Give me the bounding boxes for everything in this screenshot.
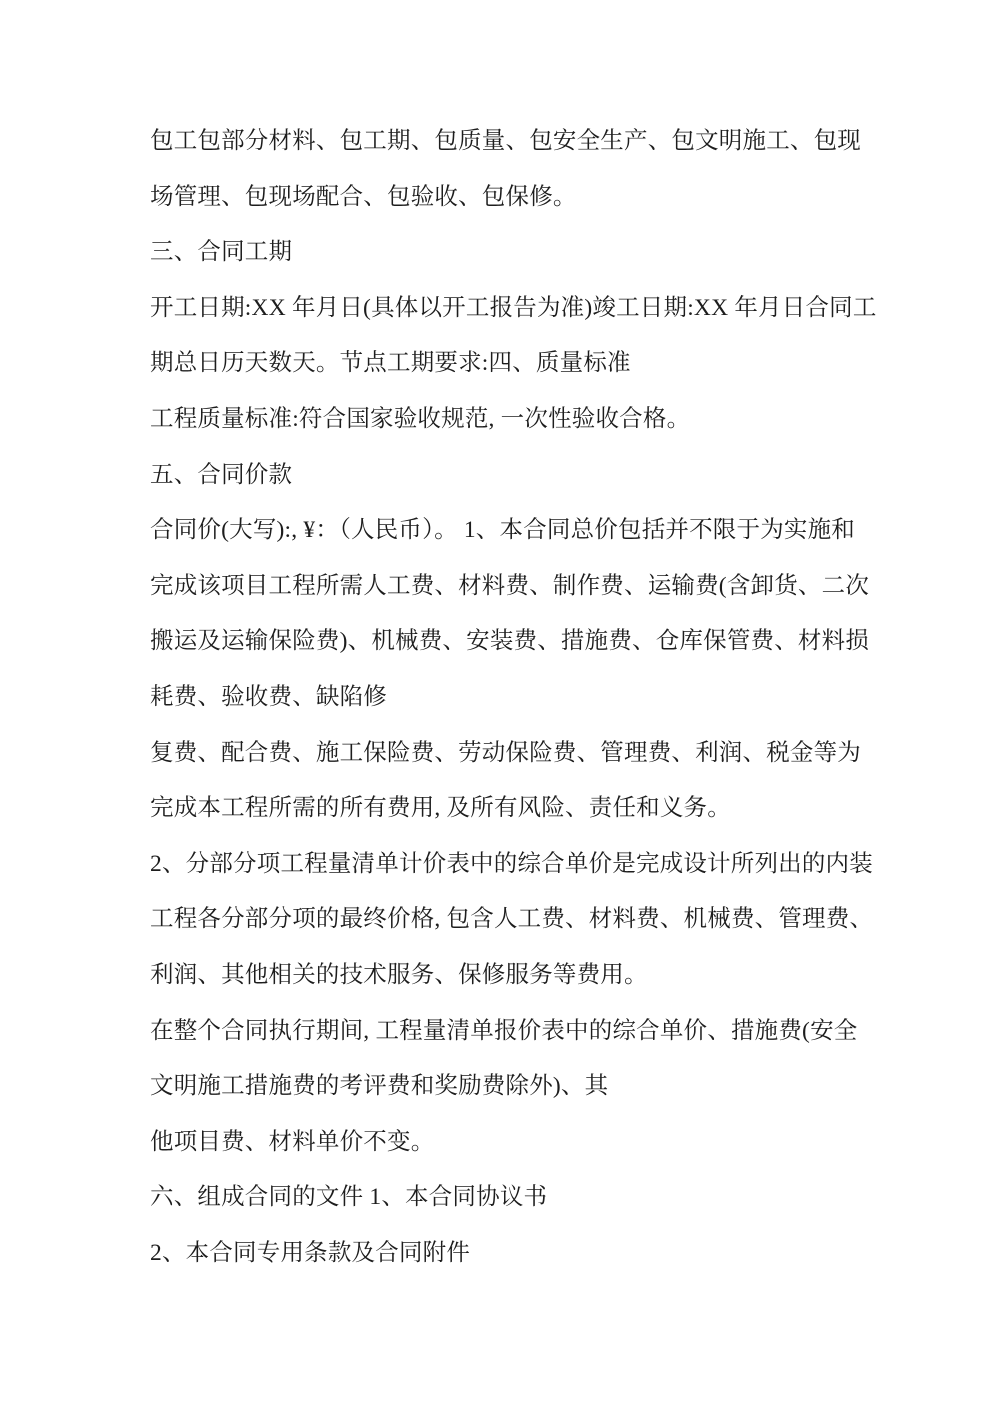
text-line: 利润、其他相关的技术服务、保修服务等费用。 [150, 948, 866, 1004]
paragraph-section-heading: 六、组成合同的文件 1、本合同协议书 [150, 1170, 866, 1226]
paragraph: 2、本合同专用条款及合同附件 [150, 1226, 866, 1282]
paragraph: 在整个合同执行期间, 工程量清单报价表中的综合单价、措施费(安全 文明施工措施费… [150, 1004, 866, 1115]
text-line: 他项目费、材料单价不变。 [150, 1115, 866, 1171]
text-line: 六、组成合同的文件 1、本合同协议书 [150, 1170, 866, 1226]
paragraph: 2、分部分项工程量清单计价表中的综合单价是完成设计所列出的内装 工程各分部分项的… [150, 837, 866, 1004]
text-line: 三、合同工期 [150, 225, 866, 281]
text-line: 2、本合同专用条款及合同附件 [150, 1226, 866, 1282]
text-line: 完成该项目工程所需人工费、材料费、制作费、运输费(含卸货、二次 [150, 559, 866, 615]
text-line: 期总日历天数天。节点工期要求:四、质量标准 [150, 336, 866, 392]
paragraph: 包工包部分材料、包工期、包质量、包安全生产、包文明施工、包现 场管理、包现场配合… [150, 114, 866, 225]
paragraph: 复费、配合费、施工保险费、劳动保险费、管理费、利润、税金等为 完成本工程所需的所… [150, 726, 866, 837]
paragraph-section-heading: 五、合同价款 [150, 448, 866, 504]
text-line: 在整个合同执行期间, 工程量清单报价表中的综合单价、措施费(安全 [150, 1004, 866, 1060]
text-line: 合同价(大写):, ¥：（人民币）。 1、本合同总价包括并不限于为实施和 [150, 503, 866, 559]
text-line: 场管理、包现场配合、包验收、包保修。 [150, 170, 866, 226]
text-line: 工程质量标准:符合国家验收规范, 一次性验收合格。 [150, 392, 866, 448]
text-line: 完成本工程所需的所有费用, 及所有风险、责任和义务。 [150, 781, 866, 837]
paragraph: 他项目费、材料单价不变。 [150, 1115, 866, 1171]
text-line: 搬运及运输保险费)、机械费、安装费、措施费、仓库保管费、材料损 [150, 614, 866, 670]
text-line: 五、合同价款 [150, 448, 866, 504]
document-page: 包工包部分材料、包工期、包质量、包安全生产、包文明施工、包现 场管理、包现场配合… [0, 0, 1000, 1415]
text-line: 开工日期:XX 年月日(具体以开工报告为准)竣工日期:XX 年月日合同工 [150, 281, 866, 337]
paragraph: 工程质量标准:符合国家验收规范, 一次性验收合格。 [150, 392, 866, 448]
text-line: 文明施工措施费的考评费和奖励费除外)、其 [150, 1059, 866, 1115]
text-line: 复费、配合费、施工保险费、劳动保险费、管理费、利润、税金等为 [150, 726, 866, 782]
text-line: 工程各分部分项的最终价格, 包含人工费、材料费、机械费、管理费、 [150, 892, 866, 948]
paragraph-section-heading: 三、合同工期 [150, 225, 866, 281]
text-line: 2、分部分项工程量清单计价表中的综合单价是完成设计所列出的内装 [150, 837, 866, 893]
document-body: 包工包部分材料、包工期、包质量、包安全生产、包文明施工、包现 场管理、包现场配合… [150, 114, 866, 1281]
paragraph: 开工日期:XX 年月日(具体以开工报告为准)竣工日期:XX 年月日合同工 期总日… [150, 281, 866, 392]
text-line: 包工包部分材料、包工期、包质量、包安全生产、包文明施工、包现 [150, 114, 866, 170]
paragraph: 合同价(大写):, ¥：（人民币）。 1、本合同总价包括并不限于为实施和 完成该… [150, 503, 866, 725]
text-line: 耗费、验收费、缺陷修 [150, 670, 866, 726]
